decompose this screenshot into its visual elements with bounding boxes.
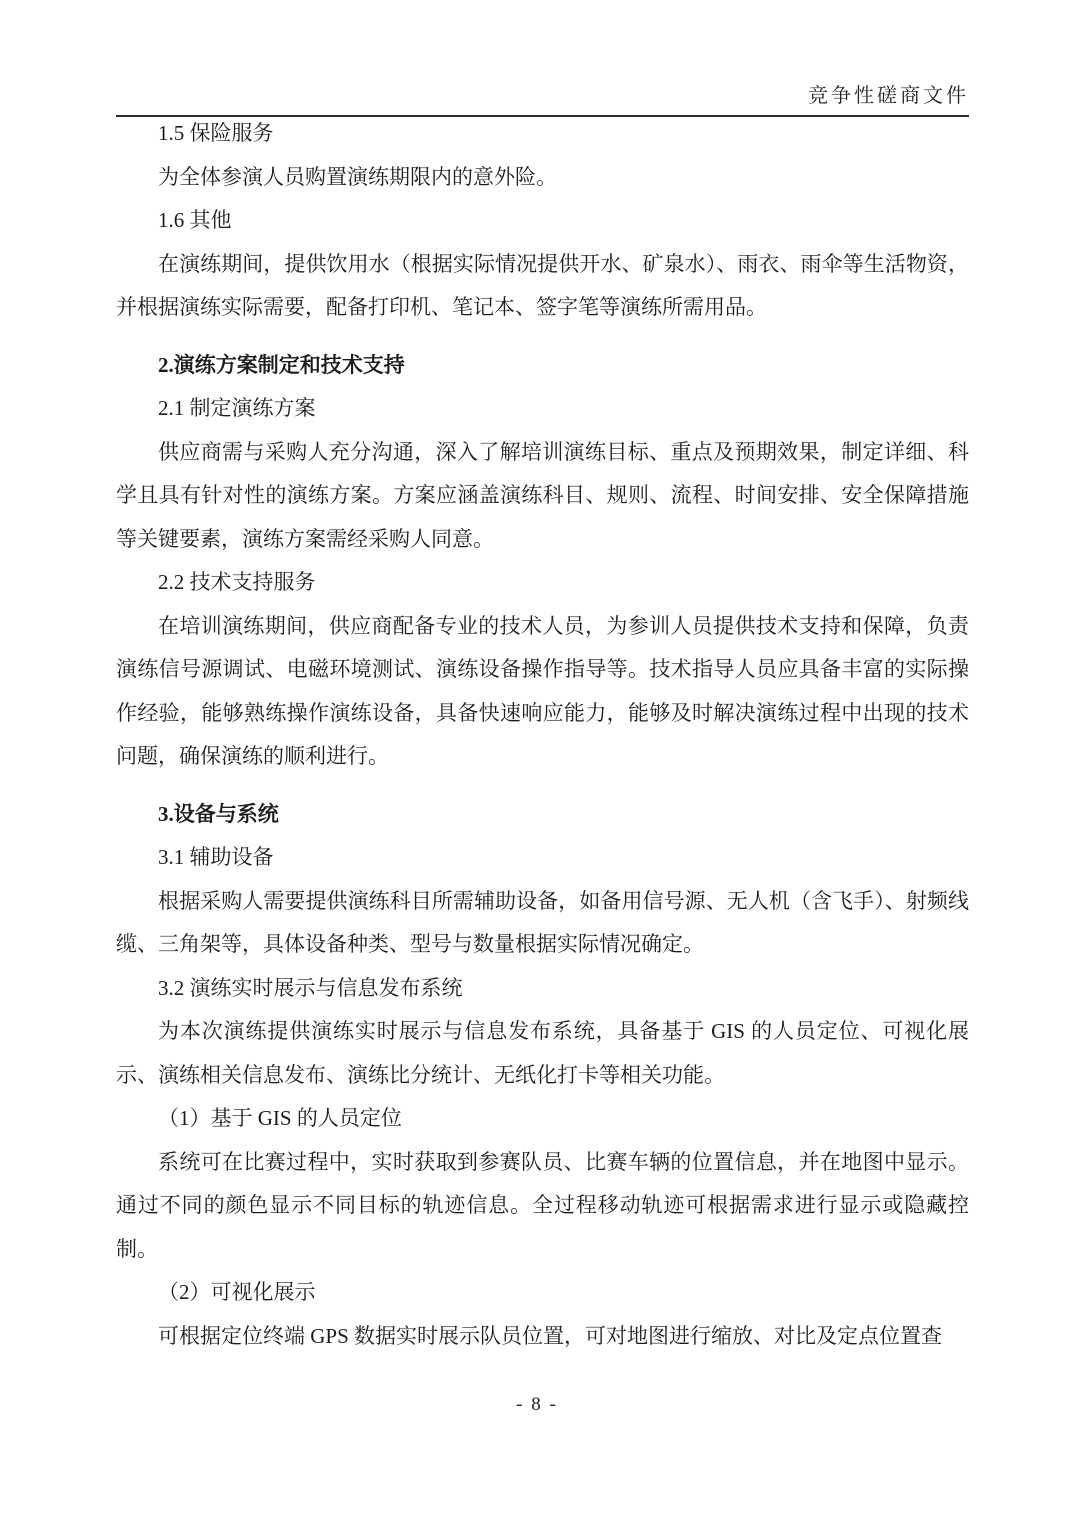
section-heading: 3.设备与系统: [116, 793, 969, 837]
paragraph: 系统可在比赛过程中，实时获取到参赛队员、比赛车辆的位置信息，并在地图中显示。通过…: [116, 1141, 969, 1272]
paragraph: 在演练期间，提供饮用水（根据实际情况提供开水、矿泉水）、雨衣、雨伞等生活物资，并…: [116, 243, 969, 330]
header-title: 竞争性磋商文件: [808, 85, 969, 107]
subsection-heading: 1.5 保险服务: [116, 112, 969, 156]
document-body: 1.5 保险服务为全体参演人员购置演练期限内的意外险。1.6 其他在演练期间，提…: [116, 112, 969, 1358]
subsection-heading: （2）可视化展示: [116, 1271, 969, 1315]
document-page: 竞争性磋商文件 1.5 保险服务为全体参演人员购置演练期限内的意外险。1.6 其…: [0, 0, 1074, 1520]
paragraph: 根据采购人需要提供演练科目所需辅助设备，如备用信号源、无人机（含飞手）、射频线缆…: [116, 880, 969, 967]
paragraph: 为全体参演人员购置演练期限内的意外险。: [116, 156, 969, 200]
paragraph: 可根据定位终端 GPS 数据实时展示队员位置，可对地图进行缩放、对比及定点位置查: [116, 1315, 969, 1359]
subsection-heading: 2.1 制定演练方案: [116, 387, 969, 431]
subsection-heading: 2.2 技术支持服务: [116, 561, 969, 605]
page-number: - 8 -: [516, 1394, 558, 1415]
page-footer: - 8 -: [0, 1394, 1074, 1416]
paragraph: 为本次演练提供演练实时展示与信息发布系统，具备基于 GIS 的人员定位、可视化展…: [116, 1010, 969, 1097]
subsection-heading: 3.2 演练实时展示与信息发布系统: [116, 967, 969, 1011]
paragraph: 供应商需与采购人充分沟通，深入了解培训演练目标、重点及预期效果，制定详细、科学且…: [116, 431, 969, 562]
paragraph: 在培训演练期间，供应商配备专业的技术人员，为参训人员提供技术支持和保障，负责演练…: [116, 605, 969, 779]
subsection-heading: 1.6 其他: [116, 199, 969, 243]
section-heading: 2.演练方案制定和技术支持: [116, 344, 969, 388]
subsection-heading: 3.1 辅助设备: [116, 836, 969, 880]
subsection-heading: （1）基于 GIS 的人员定位: [116, 1097, 969, 1141]
